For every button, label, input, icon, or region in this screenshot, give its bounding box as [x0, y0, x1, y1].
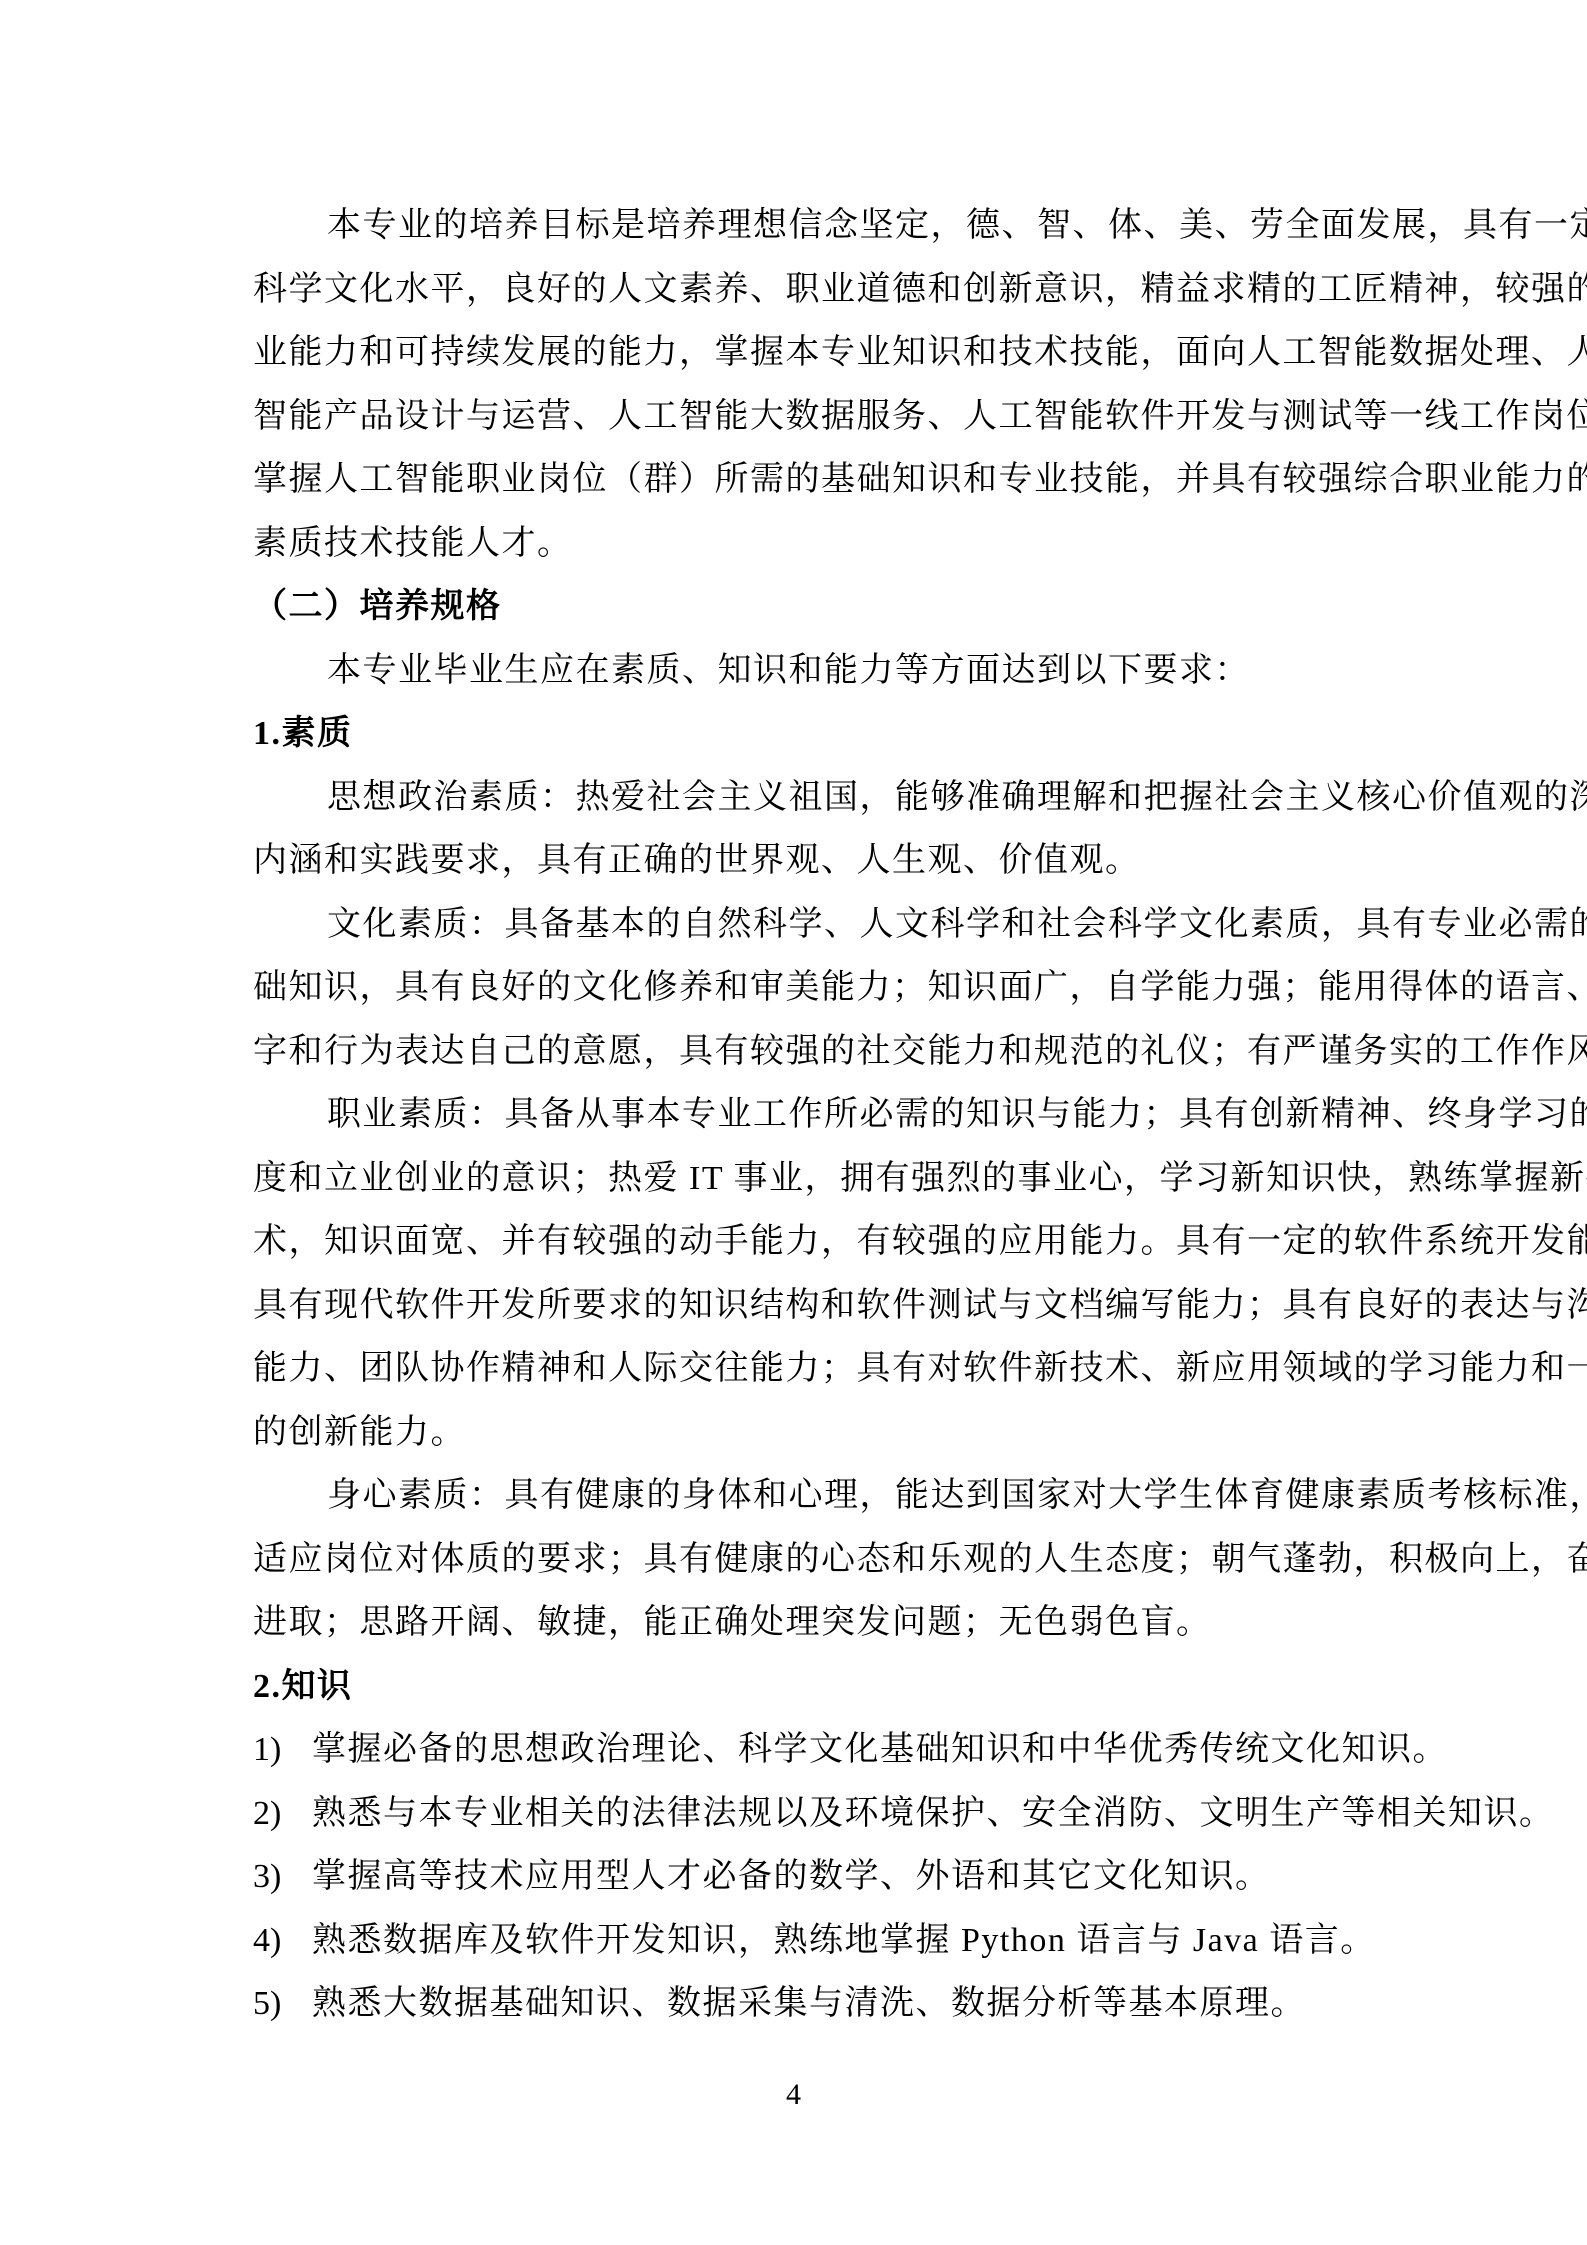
list-item-number: 4)	[253, 1909, 312, 1973]
page-number: 4	[0, 2078, 1587, 2112]
section-heading: 2.知识	[253, 1655, 1587, 1719]
list-item-number: 2)	[253, 1782, 312, 1846]
text-line: 本专业的培养目标是培养理想信念坚定，德、智、体、美、劳全面发展，具有一定的	[327, 194, 1587, 258]
text-line: 度和立业创业的意识；热爱 IT 事业，拥有强烈的事业心，学习新知识快，熟练掌握新…	[253, 1147, 1587, 1211]
list-item-number: 5)	[253, 1972, 312, 2036]
text-line: 业能力和可持续发展的能力，掌握本专业知识和技术技能，面向人工智能数据处理、人工	[253, 321, 1587, 385]
list-item: 4)熟悉数据库及软件开发知识，熟练地掌握 Python 语言与 Java 语言。	[253, 1909, 1587, 1973]
section-heading: （二）培养规格	[253, 575, 1587, 639]
list-item-text: 掌握必备的思想政治理论、科学文化基础知识和中华优秀传统文化知识。	[312, 1731, 1448, 1768]
text-line: 掌握人工智能职业岗位（群）所需的基础知识和专业技能，并具有较强综合职业能力的高	[253, 448, 1587, 512]
text-line: 身心素质：具有健康的身体和心理，能达到国家对大学生体育健康素质考核标准，能	[327, 1464, 1587, 1528]
text-line: 本专业毕业生应在素质、知识和能力等方面达到以下要求：	[327, 639, 1587, 703]
text-line: 具有现代软件开发所要求的知识结构和软件测试与文档编写能力；具有良好的表达与沟通	[253, 1274, 1587, 1338]
text-line: 的创新能力。	[253, 1401, 1587, 1465]
list-item-text: 熟悉大数据基础知识、数据采集与清洗、数据分析等基本原理。	[312, 1985, 1306, 2022]
list-item-number: 1)	[253, 1718, 312, 1782]
text-line: 适应岗位对体质的要求；具有健康的心态和乐观的人生态度；朝气蓬勃，积极向上，奋发	[253, 1528, 1587, 1592]
text-line: 内涵和实践要求，具有正确的世界观、人生观、价值观。	[253, 829, 1587, 893]
text-line: 素质技术技能人才。	[253, 512, 1587, 576]
section-heading: 1.素质	[253, 702, 1587, 766]
text-line: 进取；思路开阔、敏捷，能正确处理突发问题；无色弱色盲。	[253, 1591, 1587, 1655]
text-line: 字和行为表达自己的意愿，具有较强的社交能力和规范的礼仪；有严谨务实的工作作风。	[253, 1020, 1587, 1084]
list-item: 1)掌握必备的思想政治理论、科学文化基础知识和中华优秀传统文化知识。	[253, 1718, 1587, 1782]
list-item: 5)熟悉大数据基础知识、数据采集与清洗、数据分析等基本原理。	[253, 1972, 1587, 2036]
text-line: 智能产品设计与运营、人工智能大数据服务、人工智能软件开发与测试等一线工作岗位，	[253, 385, 1587, 449]
text-line: 职业素质：具备从事本专业工作所必需的知识与能力；具有创新精神、终身学习的态	[327, 1083, 1587, 1147]
text-line: 文化素质：具备基本的自然科学、人文科学和社会科学文化素质，具有专业必需的基	[327, 893, 1587, 957]
text-line: 术，知识面宽、并有较强的动手能力，有较强的应用能力。具有一定的软件系统开发能力	[253, 1210, 1587, 1274]
text-line: 能力、团队协作精神和人际交往能力；具有对软件新技术、新应用领域的学习能力和一定	[253, 1337, 1587, 1401]
list-item-text: 掌握高等技术应用型人才必备的数学、外语和其它文化知识。	[312, 1858, 1271, 1895]
document-page: 本专业的培养目标是培养理想信念坚定，德、智、体、美、劳全面发展，具有一定的科学文…	[0, 0, 1587, 2245]
text-line: 思想政治素质：热爱社会主义祖国，能够准确理解和把握社会主义核心价值观的深刻	[327, 766, 1587, 830]
text-line: 科学文化水平，良好的人文素养、职业道德和创新意识，精益求精的工匠精神，较强的就	[253, 258, 1587, 322]
document-body: 本专业的培养目标是培养理想信念坚定，德、智、体、美、劳全面发展，具有一定的科学文…	[253, 194, 1587, 2036]
list-item: 2)熟悉与本专业相关的法律法规以及环境保护、安全消防、文明生产等相关知识。	[253, 1782, 1587, 1846]
text-line: 础知识，具有良好的文化修养和审美能力；知识面广，自学能力强；能用得体的语言、文	[253, 956, 1587, 1020]
list-item-text: 熟悉与本专业相关的法律法规以及环境保护、安全消防、文明生产等相关知识。	[312, 1795, 1555, 1832]
list-item-text: 熟悉数据库及软件开发知识，熟练地掌握 Python 语言与 Java 语言。	[312, 1922, 1376, 1959]
list-item: 3)掌握高等技术应用型人才必备的数学、外语和其它文化知识。	[253, 1845, 1587, 1909]
list-item-number: 3)	[253, 1845, 312, 1909]
